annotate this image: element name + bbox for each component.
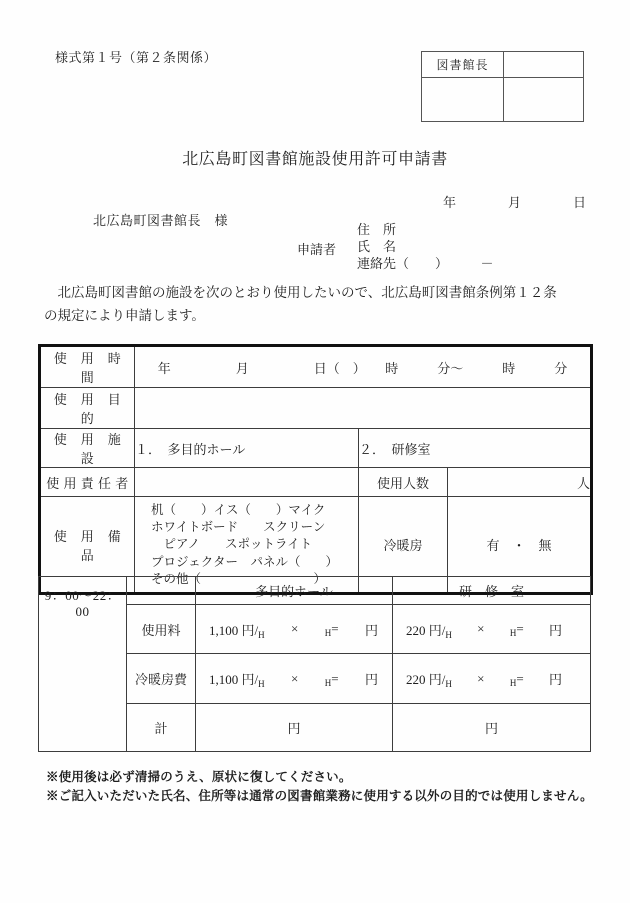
fee-rate-unit-sub: H: [258, 630, 265, 640]
applicant-name-label: 氏 名: [357, 238, 494, 255]
fee-count-sub: H: [325, 678, 332, 688]
equipment-line: ピアノ スポットライト: [151, 536, 354, 553]
yen-unit: 円: [549, 669, 562, 688]
equals-sign: =: [331, 621, 338, 636]
footnote-line: ※ご記入いただいた氏名、住所等は通常の図書館業務に使用する以外の目的では使用しま…: [46, 787, 593, 806]
hvac-fee-label-cell: 冷暖房費: [127, 654, 196, 704]
usage-detail-table: 使 用 時 間 年 月 日（ ） 時 分～ 時 分 使 用 目 的 使 用 施 …: [38, 344, 593, 595]
fee-expression: 220 円/H × H= 円: [393, 620, 590, 639]
yen-unit: 円: [365, 620, 378, 639]
usage-fee-hall-cell: 1,100 円/H × H= 円: [196, 605, 393, 654]
equals-sign: =: [516, 671, 523, 686]
fee-rate-unit-sub: H: [445, 679, 452, 689]
body-paragraph: 北広島町図書館の施設を次のとおり使用したいので、北広島町図書館条例第１２条 の規…: [44, 282, 600, 327]
equals-sign: =: [516, 621, 523, 636]
people-count-label-cell: 使用人数: [359, 468, 448, 497]
multiply-sign: ×: [291, 621, 298, 637]
opening-hours-cell: 9：00～22：00: [39, 577, 127, 752]
multiply-sign: ×: [291, 671, 298, 687]
form-number: 様式第１号（第２条関係）: [55, 47, 217, 66]
equipment-line: プロジェクター パネル（ ）: [151, 554, 354, 571]
table-row-manager: 使 用 責 任 者 使用人数 人: [40, 468, 592, 497]
addressee-line: 北広島町図書館長 様: [93, 210, 228, 229]
multiply-sign: ×: [477, 621, 484, 637]
fee-count-equals: H=: [325, 621, 339, 637]
total-hall-cell: 円: [196, 704, 393, 752]
time-label-cell: 使 用 時 間: [40, 346, 135, 388]
equipment-line: 机（ ）イス（ ）マイク: [151, 502, 354, 519]
hall-column-header: 多目的ホール: [196, 577, 393, 605]
table-row-purpose: 使 用 目 的: [40, 388, 592, 429]
body-line-1: 北広島町図書館の施設を次のとおり使用したいので、北広島町図書館条例第１２条: [44, 282, 600, 305]
fee-rate: 220 円/H: [406, 620, 452, 639]
multiply-sign: ×: [477, 671, 484, 687]
approval-stamp-cell: [422, 78, 504, 122]
total-room-cell: 円: [393, 704, 591, 752]
equipment-line: ホワイトボード スクリーン: [151, 519, 354, 536]
fee-count-sub: H: [325, 628, 332, 638]
yen-unit: 円: [549, 620, 562, 639]
fee-table: 9：00～22：00 多目的ホール 研 修 室 使用料 1,100 円/H × …: [38, 576, 591, 752]
fee-expression: 1,100 円/H × H= 円: [196, 669, 392, 688]
fee-count-equals: H=: [510, 621, 524, 637]
applicant-contact-label: 連絡先（ ） －: [357, 255, 494, 272]
footnote-line: ※使用後は必ず清掃のうえ、原状に復してください。: [46, 768, 593, 787]
hvac-fee-hall-cell: 1,100 円/H × H= 円: [196, 654, 393, 704]
fee-rate-unit-sub: H: [258, 679, 265, 689]
applicant-address-label: 住 所: [357, 221, 494, 238]
applicant-fields: 住 所 氏 名 連絡先（ ） －: [357, 221, 494, 272]
fee-count-sub: H: [510, 678, 517, 688]
purpose-value-cell: [135, 388, 592, 429]
fee-rate-unit-sub: H: [445, 630, 452, 640]
approval-box-label-cell: 図書館長: [422, 52, 504, 78]
date-line: 年 月 日: [0, 192, 630, 211]
usage-fee-label-cell: 使用料: [127, 605, 196, 654]
approval-box-empty-cell: [504, 52, 584, 78]
facility-option-hall-cell: １． 多目的ホール: [135, 429, 359, 468]
applicant-label: 申請者: [297, 239, 336, 258]
hvac-fee-room-cell: 220 円/H × H= 円: [393, 654, 591, 704]
people-count-unit-cell: 人: [448, 468, 592, 497]
fee-rate-text: 1,100 円/: [209, 672, 258, 687]
approval-stamp-cell: [504, 78, 584, 122]
fee-header-row: 9：00～22：00 多目的ホール 研 修 室: [39, 577, 591, 605]
equals-sign: =: [331, 671, 338, 686]
table-row-facility: 使 用 施 設 １． 多目的ホール ２． 研修室: [40, 429, 592, 468]
fee-rate: 1,100 円/H: [209, 620, 265, 639]
fee-rate-text: 220 円/: [406, 623, 445, 638]
application-form-page: 様式第１号（第２条関係） 図書館長 北広島町図書館施設使用許可申請書 年 月 日…: [0, 0, 630, 903]
manager-label-cell: 使 用 責 任 者: [40, 468, 135, 497]
purpose-label-cell: 使 用 目 的: [40, 388, 135, 429]
facility-option-room-cell: ２． 研修室: [359, 429, 592, 468]
total-label-cell: 計: [127, 704, 196, 752]
fee-count-sub: H: [510, 628, 517, 638]
approval-stamp-box: 図書館長: [421, 51, 584, 122]
fee-rate-text: 220 円/: [406, 672, 445, 687]
room-column-header: 研 修 室: [393, 577, 591, 605]
fee-rate: 220 円/H: [406, 669, 452, 688]
body-line-2: の規定により申請します。: [44, 305, 600, 328]
usage-fee-room-cell: 220 円/H × H= 円: [393, 605, 591, 654]
fee-rate: 1,100 円/H: [209, 669, 265, 688]
fee-count-equals: H=: [325, 671, 339, 687]
table-row-time: 使 用 時 間 年 月 日（ ） 時 分～ 時 分: [40, 346, 592, 388]
manager-value-cell: [135, 468, 359, 497]
yen-unit: 円: [365, 669, 378, 688]
fee-expression: 220 円/H × H= 円: [393, 669, 590, 688]
fee-rate-text: 1,100 円/: [209, 623, 258, 638]
fee-label-header-cell: [127, 577, 196, 605]
fee-count-equals: H=: [510, 671, 524, 687]
time-value-cell: 年 月 日（ ） 時 分～ 時 分: [135, 346, 592, 388]
facility-label-cell: 使 用 施 設: [40, 429, 135, 468]
footnotes: ※使用後は必ず清掃のうえ、原状に復してください。 ※ご記入いただいた氏名、住所等…: [46, 768, 593, 805]
document-title: 北広島町図書館施設使用許可申請書: [0, 146, 630, 169]
fee-expression: 1,100 円/H × H= 円: [196, 620, 392, 639]
